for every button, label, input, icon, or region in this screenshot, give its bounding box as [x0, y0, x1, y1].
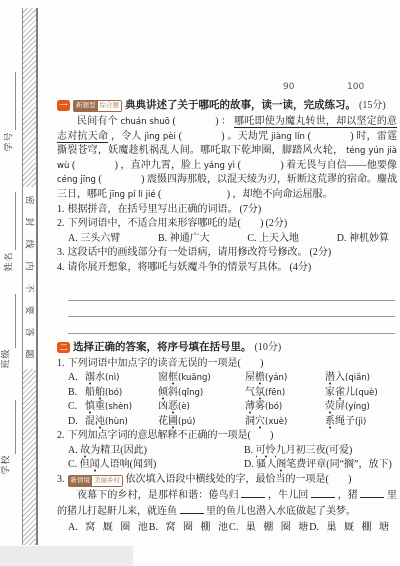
- word-post: 儿: [345, 387, 355, 398]
- word-pinyin: (qiǎn): [345, 373, 370, 383]
- passage-segment: ，却绝不向命运屈服。: [233, 189, 333, 200]
- writing-line: [68, 317, 395, 334]
- passage-segment: 。天劫咒: [227, 131, 268, 142]
- word-dotted: 舶: [95, 387, 105, 400]
- word-item: 系绳子(jì): [325, 415, 366, 430]
- word-item: 慎重(shèn): [85, 400, 158, 415]
- option-letter: B.: [244, 445, 253, 456]
- seal-rule-right: [36, 8, 38, 545]
- word-item: 混沌(hùn): [85, 415, 158, 430]
- phrase-pre: 但: [80, 459, 90, 470]
- word-pinyin: (bó): [105, 388, 122, 398]
- phrase-dotted: 可怜: [256, 445, 276, 458]
- word-dotted: 薄: [245, 401, 255, 414]
- section-2-score: (10分): [255, 341, 282, 354]
- s2-question-2-options: A. 故为精卫(因此) B. 可怜九月初三夜(可爱) C. 但闻人语响(闻到) …: [68, 444, 397, 473]
- passage-segment: [180, 503, 204, 514]
- seal-char: 封: [18, 217, 40, 226]
- word-dotted: 氛: [255, 387, 265, 400]
- passage-segment: yáng yì: [204, 161, 235, 171]
- phrase-post: 人语响: [100, 459, 130, 470]
- option-letter: C.: [68, 459, 77, 470]
- seal-char: 要: [18, 305, 40, 314]
- question-score: (2分): [310, 247, 332, 258]
- phrase-post: 为精卫: [90, 445, 120, 456]
- option-item: C. 上天入地: [247, 232, 299, 247]
- word-dotted: 圃: [168, 416, 178, 429]
- paper-content: 一 新题型综合题 典典讲述了关于哪吒的故事，读一读，完成练习。 (15分) 民间…: [57, 99, 397, 536]
- passage-segment: chuán shuō: [120, 117, 169, 127]
- passage-segment: [238, 159, 284, 174]
- word-post: 斜: [168, 387, 178, 398]
- seal-hatch-bottom: [23, 369, 36, 545]
- question-stem: 下列词语中加点字的读音无误的一项是: [68, 358, 238, 369]
- meaning-option: C. 但闻人语响(闻到): [68, 458, 244, 473]
- question-number: 1.: [57, 358, 65, 369]
- question-number: 4.: [57, 262, 65, 273]
- answer-bracket-blank: [248, 429, 274, 444]
- word-pinyin: (bó): [265, 402, 282, 412]
- section-2-header: 二 选择正确的答案，将序号填在括号里。 (10分): [57, 341, 397, 354]
- word-pinyin: (jì): [355, 417, 366, 427]
- section-2-title: 选择正确的答案，将序号填在括号里。: [73, 341, 252, 354]
- word-item: 船舶(bó): [85, 386, 158, 401]
- question-3: 3.这段话中的画线部分有一处语病，请用修改符号修改。(2分): [57, 246, 397, 261]
- question-stem: 下列词语中，不适合用来形容哪吒的是: [68, 218, 238, 229]
- word-dotted: 荧: [325, 401, 335, 414]
- word-pinyin: (pú): [178, 417, 195, 427]
- passage-segment: [72, 159, 118, 174]
- passage-segment: jìng pèi: [144, 132, 175, 142]
- word-item: 凶恶(è): [158, 400, 245, 415]
- word-post: 重: [95, 401, 105, 412]
- seal-char: 内: [18, 261, 40, 270]
- page-edge-shadow: [0, 546, 133, 566]
- word-post: 入: [335, 372, 345, 383]
- phrase-note: (因此): [120, 445, 147, 456]
- section-1-number-badge: 一: [57, 100, 70, 111]
- word-dotted: 框: [168, 372, 178, 385]
- word-pinyin: (hùn): [105, 417, 128, 427]
- passage-segment: jīng pí lì jié: [110, 190, 156, 200]
- word-pre: 家: [325, 387, 335, 398]
- writing-line: [68, 301, 395, 318]
- side-blank-line: [15, 192, 16, 250]
- phrase-pre: 骚人: [256, 459, 276, 470]
- word-pinyin: (è): [178, 402, 190, 412]
- tag-right: 美丽乡村: [92, 476, 122, 486]
- passage-segment: [179, 130, 225, 145]
- pronunciation-row-d: D. 混沌(hùn) 花圃(pú) 洞穴(xuè) 系绳子(jì): [68, 415, 397, 430]
- passage-segment: [98, 173, 144, 188]
- passage-segment: [173, 115, 219, 130]
- phrase-dotted: 阁: [276, 459, 286, 472]
- passage-segment: jiàng lín: [271, 132, 305, 142]
- phrase-dotted: 故: [80, 445, 90, 458]
- word-item: 屋檐(yán): [245, 371, 325, 386]
- side-label-school: 学校: [0, 454, 12, 474]
- word-item: 荧屏(yíng): [325, 400, 370, 415]
- question-score: (2分): [266, 218, 288, 229]
- option-item: B. 窝 圈 棚 池: [149, 521, 228, 536]
- phrase-note: (闻到): [130, 459, 157, 470]
- writing-line: [68, 284, 395, 301]
- question-stem: 这段话中的画线部分有一处语病，请用修改符号修改。: [68, 247, 308, 258]
- word-pre: 气: [245, 387, 255, 398]
- tag-right: 综合题: [98, 101, 122, 111]
- question-number: 1.: [57, 204, 65, 215]
- score-tick-100: 100: [347, 82, 364, 92]
- option-item: C. 巢 棚 圈 塘: [229, 521, 308, 536]
- option-letter: D.: [68, 415, 85, 430]
- word-pre: 窗: [158, 372, 168, 383]
- word-post: 绳子: [335, 416, 355, 427]
- option-item: D. 神机妙算: [337, 232, 389, 247]
- tag-left: 新情境: [69, 476, 93, 486]
- passage-segment: [308, 130, 354, 145]
- pronunciation-row-a: A. 溺水(nì) 窗框(kuāng) 屋檐(yán) 潜入(qiǎn): [68, 371, 397, 386]
- word-pre: 屋: [245, 372, 255, 383]
- word-post: 水: [95, 372, 105, 383]
- passage-segment: [158, 188, 230, 203]
- option-letter: A.: [68, 445, 78, 456]
- question-2: 2.下列词语中，不适合用来形容哪吒的是(2分): [57, 217, 397, 232]
- word-dotted: 檐: [255, 372, 265, 385]
- section-1-header: 一 新题型综合题 典典讲述了关于哪吒的故事，读一读，完成练习。 (15分): [57, 99, 397, 112]
- word-pre: 洞: [245, 416, 255, 427]
- word-pre: 船: [85, 387, 95, 398]
- section-1-title: 典典讲述了关于哪吒的故事，读一读，完成练习。: [125, 99, 356, 112]
- passage-segment: ，牛儿回: [268, 490, 308, 501]
- passage-segment: ：: [221, 116, 231, 127]
- s2-question-3: 3.新情境美丽乡村 依次填入语段中横线处的字，最恰当的一项是: [57, 473, 397, 488]
- fill-blank-passage: 夜幕下的乡村，是那样和谐：倦鸟归 ，牛儿回 ，猪 里的猪儿打起鼾儿来，就连鱼 里…: [57, 487, 397, 519]
- passage-segment: [360, 487, 384, 498]
- option-letter: D.: [244, 459, 254, 470]
- word-dotted: 倾: [158, 387, 168, 400]
- word-item: 潜入(qiǎn): [325, 371, 370, 386]
- phrase-post: 九月初三夜: [276, 445, 326, 456]
- score-tick-90: 90: [283, 82, 294, 92]
- s2-question-3-options: A. 窝 厩 圈 池 B. 窝 圈 棚 池 C. 巢 棚 圈 塘 D. 巢 厩 …: [68, 521, 389, 536]
- option-item: A. 三头六臂: [68, 232, 120, 247]
- passage-segment: 夜幕下的乡村，是那样和谐：倦鸟归: [77, 490, 239, 501]
- question-number: 3.: [57, 474, 65, 485]
- word-dotted: 雀: [335, 387, 345, 400]
- question-number: 3.: [57, 247, 65, 258]
- s2-question-1: 1.下列词语中加点字的读音无误的一项是: [57, 357, 397, 372]
- section-2-number-badge: 二: [57, 342, 70, 353]
- writing-lines: [68, 284, 395, 334]
- word-pinyin: (fēn): [265, 388, 285, 398]
- passage-segment: ，猪: [338, 490, 358, 501]
- word-dotted: 系: [325, 416, 335, 429]
- question-stem: 下列加点字词的意思解释不正确的一项是: [68, 430, 248, 441]
- word-item: 洞穴(xuè): [245, 415, 325, 430]
- seal-line-text: 密 封 线 内 不 要 答 题: [23, 189, 36, 365]
- new-context-tag: 新情境美丽乡村: [68, 475, 124, 487]
- passage-segment: [241, 487, 265, 498]
- seal-char: 线: [18, 239, 40, 248]
- word-dotted: 溺: [85, 372, 95, 385]
- s2-question-2: 2.下列加点字词的意思解释不正确的一项是: [57, 429, 397, 444]
- word-item: 花圃(pú): [158, 415, 245, 430]
- question-stem: 请你展开想象，将哪吒与妖魔斗争的情景写具体。: [68, 262, 288, 273]
- answer-bracket-blank: [326, 473, 352, 488]
- question-stem: 依次填入语段中横线处的字，最恰当的一项是: [126, 474, 326, 485]
- word-item: 家雀儿(què): [325, 386, 378, 401]
- section-1-score: (15分): [359, 99, 386, 112]
- seal-char: 不: [18, 283, 40, 292]
- passage-segment: 民间有个: [77, 116, 118, 127]
- option-item: B. 神通广大: [158, 232, 210, 247]
- seal-char: 密: [18, 195, 40, 204]
- side-blank-line: [15, 294, 16, 348]
- answer-bracket-blank: [238, 357, 264, 372]
- side-blank-line: [15, 72, 16, 130]
- word-dotted: 恶: [168, 401, 178, 414]
- question-number: 2.: [57, 218, 65, 229]
- seal-char: 题: [18, 349, 40, 358]
- passage-segment: 着无畏与自信——他要像: [286, 160, 397, 171]
- seal-char: 答: [18, 327, 40, 336]
- phrase-post: 笔费评章: [286, 459, 326, 470]
- word-dotted: 沌: [95, 416, 105, 429]
- question-1: 1.根据拼音，在括号里写出正确的词语。(7分): [57, 203, 397, 218]
- side-label-class: 班级: [0, 348, 12, 368]
- question-2-options: A. 三头六臂 B. 神通广大 C. 上天入地 D. 神机妙算: [68, 232, 389, 247]
- new-question-type-tag: 新题型综合题: [73, 100, 122, 112]
- question-4: 4.请你展开想象，将哪吒与妖魔斗争的情景写具体。(4分): [57, 261, 397, 276]
- answer-bracket-blank: [238, 217, 264, 232]
- meaning-option: A. 故为精卫(因此): [68, 444, 244, 459]
- word-dotted: 潜: [325, 372, 335, 385]
- word-pre: 凶: [158, 401, 168, 412]
- side-label-student-no: 学号: [2, 131, 15, 151]
- word-item: 薄雾(bó): [245, 400, 325, 415]
- option-letter: B.: [68, 386, 85, 401]
- dictation-passage: 民间有个 chuán shuō ： 哪吒即使为魔丸转世，却以坚定的意志对抗天命 …: [57, 115, 397, 203]
- option-item: A. 窝 厩 圈 池: [68, 521, 148, 536]
- passage-segment: ，直冲九霄，脸上: [121, 160, 202, 171]
- meaning-option: B. 可怜九月初三夜(可爱): [244, 444, 397, 459]
- word-dotted: 慎: [85, 401, 95, 414]
- passage-segment: 里的鱼儿也潜入水底做起了美梦。: [206, 506, 356, 517]
- word-pinyin: (qǐng): [178, 388, 203, 398]
- question-stem: 根据拼音，在括号里写出正确的词语。: [68, 204, 238, 215]
- tag-left: 新题型: [74, 101, 98, 111]
- option-item: D. 巢 厩 棚 塘: [309, 521, 389, 536]
- word-pre: 花: [158, 416, 168, 427]
- passage-segment: céng jīng: [57, 175, 96, 185]
- meaning-option: D. 骚人阁笔费评章(同“搁”，放下): [244, 458, 397, 473]
- seal-hatch-top: [23, 8, 36, 187]
- option-letter: A.: [68, 371, 85, 386]
- word-pinyin: (què): [355, 388, 378, 398]
- phrase-note: (可爱): [326, 445, 353, 456]
- word-item: 倾斜(qǐng): [158, 386, 245, 401]
- phrase-note: (同“搁”，放下): [326, 459, 392, 470]
- word-pre: 混: [85, 416, 95, 427]
- word-pinyin: (shèn): [105, 402, 132, 412]
- question-score: (7分): [240, 204, 262, 215]
- word-item: 窗框(kuāng): [158, 371, 245, 386]
- word-pinyin: (yán): [265, 373, 287, 383]
- pronunciation-row-c: C. 慎重(shèn) 凶恶(è) 薄雾(bó) 荧屏(yíng): [68, 400, 397, 415]
- word-post: 屏: [335, 401, 345, 412]
- passage-segment: [311, 487, 335, 498]
- side-blank-line: [15, 400, 16, 454]
- word-item: 溺水(nì): [85, 371, 158, 386]
- word-pinyin: (xuè): [265, 417, 287, 427]
- exam-paper-page: 密 封 线 内 不 要 答 题 学号 姓名 班级 学校 90 100 一 新题型…: [0, 0, 400, 566]
- word-dotted: 穴: [255, 416, 265, 429]
- word-pinyin: (kuāng): [178, 373, 211, 383]
- pronunciation-row-b: B. 船舶(bó) 倾斜(qǐng) 气氛(fēn) 家雀儿(què): [68, 386, 397, 401]
- passage-segment: ，令人: [111, 131, 142, 142]
- question-number: 2.: [57, 430, 65, 441]
- phrase-dotted: 闻: [90, 459, 100, 472]
- question-score: (4分): [290, 262, 312, 273]
- word-post: 雾: [255, 401, 265, 412]
- side-label-name: 姓名: [2, 251, 15, 271]
- word-pinyin: (yíng): [345, 402, 370, 412]
- option-letter: C.: [68, 400, 85, 415]
- word-pinyin: (nì): [105, 373, 119, 383]
- word-item: 气氛(fēn): [245, 386, 325, 401]
